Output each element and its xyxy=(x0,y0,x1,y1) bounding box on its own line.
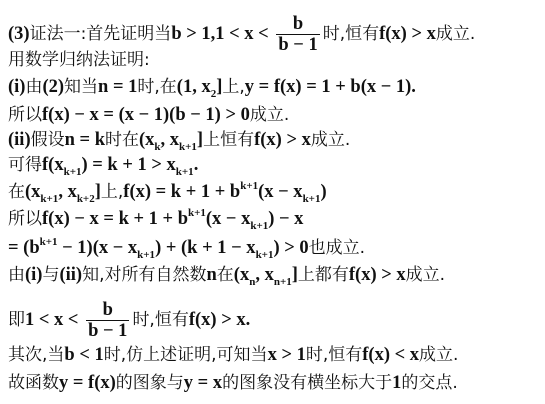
math: , x xyxy=(58,182,77,202)
subscript: n+1 xyxy=(274,276,292,288)
math: = (b xyxy=(8,238,40,258)
line-2: 用数学归纳法证明: xyxy=(8,49,150,71)
line-3: (i)由(2)知当n = 1时,在(1, x2]上,y = f(x) = 1 +… xyxy=(8,76,416,98)
math: − 1)(x − x xyxy=(58,238,138,258)
text: 时,恒有 xyxy=(306,345,362,365)
math: f(x) > x xyxy=(349,265,406,285)
text: 时在 xyxy=(105,130,139,150)
text: 其次,当 xyxy=(8,345,64,365)
line-12: 其次,当b < 1时,仿上述证明,可知当x > 1时,恒有f(x) < x成立. xyxy=(8,344,458,366)
math: x > 1 xyxy=(268,345,306,365)
math: (x xyxy=(139,130,154,150)
math: 1 < x < xyxy=(25,310,83,330)
text: 时,仿上述证明,可知当 xyxy=(104,345,268,365)
math: b < 1 xyxy=(64,345,103,365)
math: (2) xyxy=(42,77,64,97)
numerator: b xyxy=(276,14,319,34)
math: n = 1 xyxy=(98,77,137,97)
numerator: b xyxy=(86,300,129,320)
math: f(x xyxy=(42,155,64,175)
text: 成立. xyxy=(311,130,350,150)
line-8: 所以f(x) − x = k + 1 + bk+1(x − xk+1) − x xyxy=(8,208,303,230)
math: ) xyxy=(320,182,326,202)
math: . xyxy=(194,155,199,175)
math: y = f(x) = 1 + b(x − 1). xyxy=(245,77,416,97)
part-label: (3) xyxy=(8,24,30,44)
math: ) = k + 1 > x xyxy=(81,155,175,175)
text: 的交点. xyxy=(401,373,457,393)
math: (x − x xyxy=(258,182,302,202)
text: 成立. xyxy=(419,345,458,365)
math: (x xyxy=(25,182,40,202)
fraction: bb − 1 xyxy=(86,300,129,341)
text: 知,对所有自然数 xyxy=(82,265,206,285)
math: f(x) > x. xyxy=(189,310,250,330)
line-4: 所以f(x) − x = (x − 1)(b − 1) > 0成立. xyxy=(8,104,289,126)
text: 即 xyxy=(8,310,25,330)
math: f(x) = k + 1 + b xyxy=(123,182,240,202)
text: 上恒有 xyxy=(203,130,254,150)
text: 的图象与 xyxy=(116,373,184,393)
math: (i) xyxy=(25,265,42,285)
text: 证法一:首先证明当 xyxy=(30,24,172,44)
text: 成立. xyxy=(250,105,289,125)
denominator: b − 1 xyxy=(276,34,319,55)
math: f(x) > x xyxy=(254,130,311,150)
line-5: (ii)假设n = k时在(xk, xk+1]上恒有f(x) > x成立. xyxy=(8,129,350,151)
math: n = k xyxy=(65,130,105,150)
math: f(x) − x = (x − 1)(b − 1) > 0 xyxy=(42,105,250,125)
text: 故函数 xyxy=(8,373,59,393)
math: f(x) − x = k + 1 + b xyxy=(42,209,188,229)
text: 与 xyxy=(42,265,59,285)
denominator: b − 1 xyxy=(86,320,129,341)
text: 的图象没有横坐标大于 xyxy=(222,373,392,393)
subscript: k+2 xyxy=(77,193,95,205)
text: 成立. xyxy=(436,24,475,44)
math: b > 1,1 < x < xyxy=(171,24,273,44)
text: 上, xyxy=(222,77,244,97)
subscript: k+1 xyxy=(303,193,321,205)
superscript: k+1 xyxy=(40,236,58,248)
math: (1, x xyxy=(177,77,211,97)
math: (ii) xyxy=(8,130,31,150)
line-7: 在(xk+1, xk+2]上,f(x) = k + 1 + bk+1(x − x… xyxy=(8,181,327,203)
math: 1 xyxy=(392,373,401,393)
math: n xyxy=(206,265,216,285)
text: 用数学归纳法证明: xyxy=(8,50,150,70)
superscript: k+1 xyxy=(188,207,206,219)
math: y = f(x) xyxy=(59,373,116,393)
math: (ii) xyxy=(59,265,82,285)
math: y = x xyxy=(184,373,222,393)
text: 时,恒有 xyxy=(132,310,188,330)
subscript: k+1 xyxy=(137,249,155,261)
text: 由 xyxy=(8,265,25,285)
subscript: k+1 xyxy=(64,166,82,178)
text: 由 xyxy=(25,77,42,97)
text: 时,在 xyxy=(137,77,176,97)
text: 在 xyxy=(8,182,25,202)
math: ) + (k + 1 − x xyxy=(155,238,256,258)
math: ) − x xyxy=(268,209,303,229)
text: 时,恒有 xyxy=(323,24,379,44)
text: 所以 xyxy=(8,105,42,125)
line-6: 可得f(xk+1) = k + 1 > xk+1. xyxy=(8,154,198,176)
text: 所以 xyxy=(8,209,42,229)
line-10: 由(i)与(ii)知,对所有自然数n在(xn, xn+1]上都有f(x) > x… xyxy=(8,264,445,286)
math: f(x) > x xyxy=(379,24,436,44)
text: 可得 xyxy=(8,155,42,175)
line-13: 故函数y = f(x)的图象与y = x的图象没有横坐标大于1的交点. xyxy=(8,372,458,394)
text: 成立. xyxy=(406,265,445,285)
text: 假设 xyxy=(31,130,65,150)
line-9: = (bk+1 − 1)(x − xk+1) + (k + 1 − xk+1) … xyxy=(8,237,365,259)
math: , x xyxy=(255,265,274,285)
math: ) > 0 xyxy=(273,238,308,258)
subscript: k+1 xyxy=(176,166,194,178)
subscript: k+1 xyxy=(256,249,274,261)
text: 在 xyxy=(217,265,234,285)
subscript: k+1 xyxy=(250,220,268,232)
superscript: k+1 xyxy=(240,180,258,192)
math: f(x) < x xyxy=(362,345,419,365)
math: (x xyxy=(234,265,249,285)
line-11: 即1 < x < bb − 1时,恒有f(x) > x. xyxy=(8,300,250,341)
fraction: bb − 1 xyxy=(276,14,319,55)
text: 也成立. xyxy=(309,238,365,258)
text: 上, xyxy=(101,182,123,202)
text: 上都有 xyxy=(298,265,349,285)
math: (i) xyxy=(8,77,25,97)
subscript: k+1 xyxy=(179,141,197,153)
math: , x xyxy=(161,130,180,150)
subscript: k+1 xyxy=(40,193,58,205)
text: 知当 xyxy=(64,77,98,97)
math: (x − x xyxy=(206,209,250,229)
